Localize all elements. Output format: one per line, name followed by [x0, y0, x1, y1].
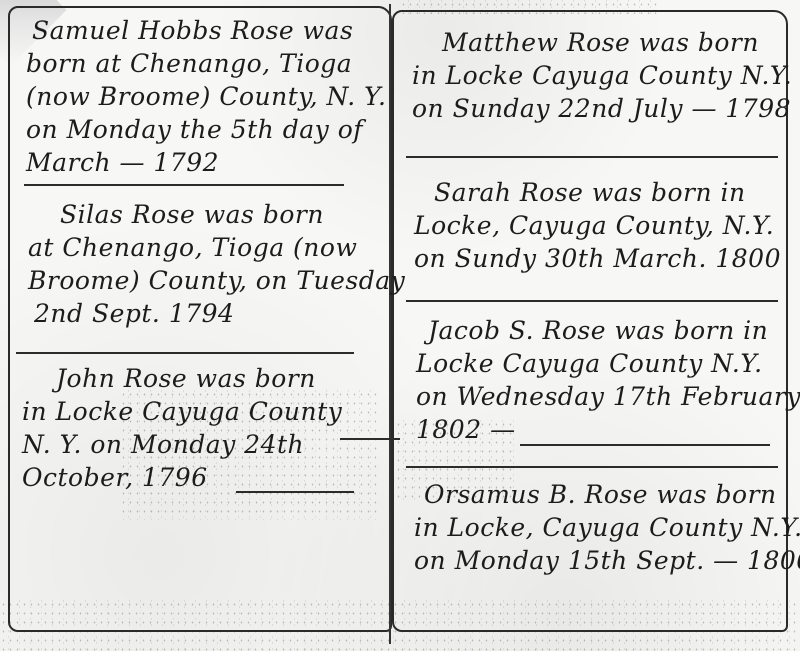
entry-line: on Monday the 5th day of	[26, 113, 386, 146]
crossing-line	[340, 438, 400, 440]
entry-end-rule	[520, 444, 770, 446]
entry-line: (now Broome) County, N. Y.	[26, 80, 386, 113]
entry-line: Broome) County, on Tuesday	[28, 264, 405, 297]
entry-line: Sarah Rose was born in	[414, 176, 781, 209]
entry-john-rose: John Rose was born in Locke Cayuga Count…	[22, 362, 342, 494]
entry-matthew-rose: Matthew Rose was born in Locke Cayuga Co…	[412, 26, 792, 125]
entry-samuel-hobbs-rose: Samuel Hobbs Rose was born at Chenango, …	[26, 14, 386, 179]
entry-divider	[406, 300, 778, 302]
entry-line: in Locke Cayuga County	[22, 395, 342, 428]
entry-line: born at Chenango, Tioga	[26, 47, 386, 80]
entry-line: October, 1796	[22, 461, 342, 494]
entry-divider	[406, 466, 778, 468]
entry-line: Locke Cayuga County N.Y.	[416, 347, 800, 380]
entry-line: 2nd Sept. 1794	[28, 297, 405, 330]
entry-line: Matthew Rose was born	[412, 26, 792, 59]
entry-line: March — 1792	[26, 146, 386, 179]
entry-divider	[406, 156, 778, 158]
entry-line: in Locke Cayuga County N.Y.	[412, 59, 792, 92]
entry-line: on Sunday 22nd July — 1798	[412, 92, 792, 125]
entry-line: in Locke, Cayuga County N.Y.	[414, 511, 800, 544]
entry-line: on Sundy 30th March. 1800	[414, 242, 781, 275]
entry-line: at Chenango, Tioga (now	[28, 231, 405, 264]
entry-orsamus-b-rose: Orsamus B. Rose was born in Locke, Cayug…	[414, 478, 800, 577]
entry-line: 1802 —	[416, 413, 800, 446]
entry-line: on Monday 15th Sept. — 1806	[414, 544, 800, 577]
entry-line: Silas Rose was born	[28, 198, 405, 231]
entry-divider	[24, 184, 344, 186]
entry-silas-rose: Silas Rose was born at Chenango, Tioga (…	[28, 198, 405, 330]
entry-divider	[16, 352, 354, 354]
entry-line: Samuel Hobbs Rose was	[26, 14, 386, 47]
scanned-document: Samuel Hobbs Rose was born at Chenango, …	[0, 0, 800, 651]
entry-end-rule	[236, 491, 354, 493]
entry-line: Locke, Cayuga County, N.Y.	[414, 209, 781, 242]
entry-line: Orsamus B. Rose was born	[414, 478, 800, 511]
entry-sarah-rose: Sarah Rose was born in Locke, Cayuga Cou…	[414, 176, 781, 275]
entry-line: on Wednesday 17th February —	[416, 380, 800, 413]
entry-line: Jacob S. Rose was born in	[416, 314, 800, 347]
entry-line: N. Y. on Monday 24th	[22, 428, 342, 461]
entry-line: John Rose was born	[22, 362, 342, 395]
entry-jacob-s-rose: Jacob S. Rose was born in Locke Cayuga C…	[416, 314, 800, 446]
